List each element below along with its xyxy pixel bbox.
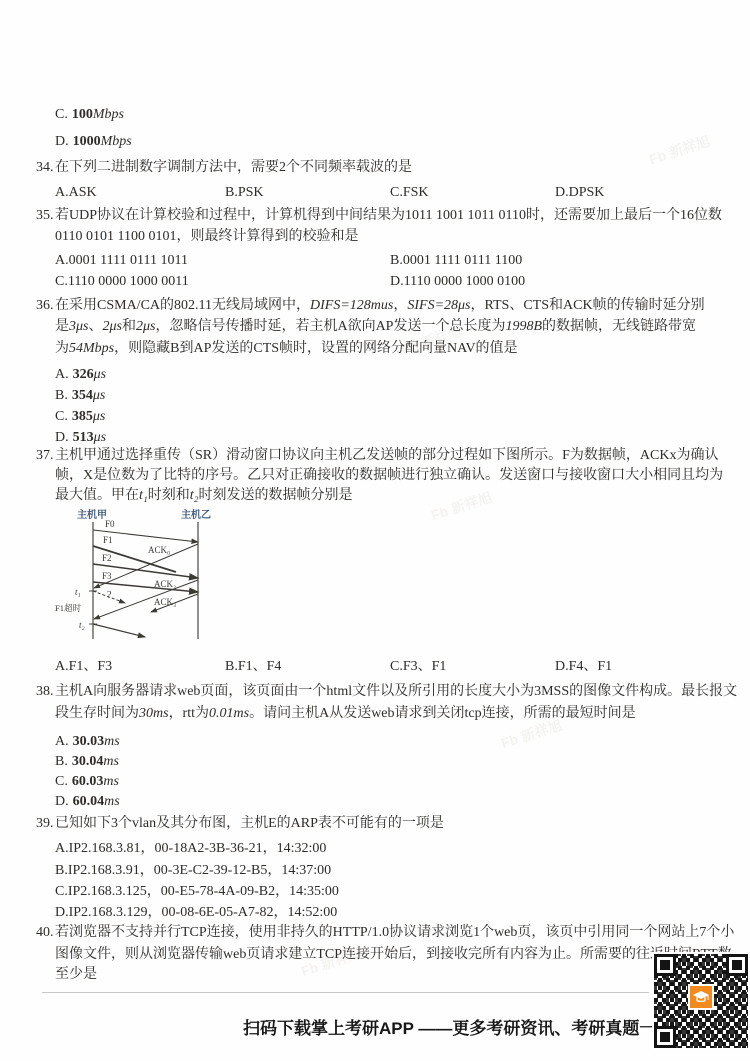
graduation-cap-icon bbox=[688, 984, 714, 1010]
question-number: 38. bbox=[36, 681, 54, 702]
option-unit: ms bbox=[103, 774, 119, 789]
lost-frame-question-mark: ? bbox=[107, 590, 112, 601]
q34-stem: 在下列二进制数字调制方法中，需要2个不同频率载波的是 bbox=[55, 157, 412, 178]
watermark: Fb 新祥旭 bbox=[428, 487, 494, 525]
f1-timeout-label: F1超时 bbox=[55, 603, 81, 613]
footer-divider bbox=[42, 992, 649, 993]
q37-option-d: D.F4、F1 bbox=[555, 656, 612, 677]
stem-text: 为 bbox=[55, 341, 69, 356]
t2-label: t₂ bbox=[79, 620, 85, 630]
q35-option-a: A.0001 1111 0111 1011 bbox=[55, 250, 188, 271]
frame-f0-label: F0 bbox=[105, 519, 115, 529]
math-token: SIFS=28μs bbox=[407, 298, 470, 313]
option-label: B. bbox=[55, 385, 68, 406]
stem-text: 在采用CSMA/CA的802.11无线局域网中， bbox=[55, 298, 310, 313]
frame-f3-label: F3 bbox=[102, 571, 112, 581]
q39-option-a: A.IP2.168.3.81，00-18A2-3B-36-21，14:32:00 bbox=[55, 838, 326, 859]
option-value: 100 bbox=[72, 107, 93, 122]
math-token: 3μs bbox=[69, 319, 88, 334]
q38-stem-line2: 段生存时间为30ms，rtt为0.01ms。请问主机A从发送web请求到关闭tc… bbox=[55, 703, 636, 724]
q39-option-d: D.IP2.168.3.129，00-08-6E-05-A7-82，14:52:… bbox=[55, 902, 337, 923]
q34-option-c: C.FSK bbox=[390, 182, 429, 203]
t2-frame-line bbox=[93, 624, 145, 637]
q38-option-c: C.60.03ms bbox=[55, 771, 119, 792]
stem-text: 的数据帧，无线链路带宽 bbox=[542, 319, 696, 334]
option-unit: μs bbox=[93, 409, 105, 424]
frame-f1-label: F1 bbox=[103, 535, 113, 545]
q39-option-c: C.IP2.168.3.125，00-E5-78-4A-09-B2，14:35:… bbox=[55, 881, 339, 902]
option-value: 30.03 bbox=[73, 734, 105, 749]
q35-option-b: B.0001 1111 0111 1100 bbox=[390, 250, 522, 271]
math-token: t₁ bbox=[139, 488, 148, 503]
stem-text: ， bbox=[393, 298, 407, 313]
question-number: 36. bbox=[36, 295, 54, 316]
q40-stem-line3: 至少是 bbox=[55, 964, 97, 985]
math-token: 54Mbps bbox=[69, 341, 114, 356]
option-value: 513 bbox=[73, 430, 94, 445]
prev-option-d: D.1000Mbps bbox=[55, 131, 132, 152]
option-value: 30.04 bbox=[72, 754, 104, 769]
stem-text: 、 bbox=[88, 319, 102, 334]
stem-text: 。请问主机A从发送web请求到关闭tcp连接，所需的最短时间是 bbox=[249, 706, 636, 721]
stem-text: 是 bbox=[55, 319, 69, 334]
q34-option-a: A.ASK bbox=[55, 182, 97, 203]
stem-text: ，RTS、CTS和ACK帧的传输时延分别 bbox=[471, 298, 705, 313]
q36-stem-line1: 在采用CSMA/CA的802.11无线局域网中，DIFS=128mus，SIFS… bbox=[55, 295, 705, 316]
option-value: 326 bbox=[73, 367, 94, 382]
option-unit: ms bbox=[103, 754, 119, 769]
q37-option-a: A.F1、F3 bbox=[55, 656, 112, 677]
qr-finder-icon bbox=[654, 1026, 676, 1048]
sequence-diagram: 主机甲 主机乙 F0 F1 ACK₀ F2 F3 ACK₂ t₁ ? ACK₃ … bbox=[55, 506, 220, 644]
math-token: 30ms bbox=[139, 706, 169, 721]
stem-text: 时刻发送的数据帧分别是 bbox=[199, 488, 353, 503]
option-unit: Mbps bbox=[93, 107, 124, 122]
option-label: C. bbox=[55, 406, 68, 427]
q38-option-d: D.60.04ms bbox=[55, 791, 120, 812]
q39-option-b: B.IP2.168.3.91，00-3E-C2-39-12-B5，14:37:0… bbox=[55, 860, 331, 881]
math-token: 2μs bbox=[136, 319, 155, 334]
prev-option-c: C.100Mbps bbox=[55, 104, 124, 125]
option-unit: ms bbox=[104, 734, 120, 749]
ack3-label: ACK₃ bbox=[154, 597, 176, 607]
stem-text: 最大值。甲在 bbox=[55, 488, 139, 503]
option-value: 354 bbox=[72, 388, 93, 403]
question-number: 40. bbox=[36, 922, 54, 943]
footer-banner: 扫码下载掌上考研APP ——更多考研资讯、考研真题一键获取 bbox=[243, 1016, 707, 1042]
option-value: 385 bbox=[72, 409, 93, 424]
q36-stem-line2: 是3μs、2μs和2μs，忽略信号传播时延，若主机A欲向AP发送一个总长度为19… bbox=[55, 316, 696, 337]
exam-page: Fb 新祥旭 Fb 新祥旭 Fb 新祥旭 Fb 新祥旭 Fb 新祥旭 C.100… bbox=[0, 0, 750, 1061]
math-token: 0.01ms bbox=[209, 706, 249, 721]
stem-text: ，忽略信号传播时延，若主机A欲向AP发送一个总长度为 bbox=[155, 319, 505, 334]
option-unit: μs bbox=[93, 388, 105, 403]
option-value: 1000 bbox=[73, 134, 101, 149]
q40-stem-line2: 图像文件，则从浏览器传输web页请求建立TCP连接开始后，到接收完所有内容为止。… bbox=[55, 944, 732, 965]
option-unit: Mbps bbox=[101, 134, 132, 149]
stem-text: 和 bbox=[122, 319, 136, 334]
q37-stem-line1: 主机甲通过选择重传（SR）滑动窗口协议向主机乙发送帧的部分过程如下图所示。F为数… bbox=[55, 445, 718, 466]
question-number: 39. bbox=[36, 813, 54, 834]
option-unit: μs bbox=[94, 430, 106, 445]
q37-option-c: C.F3、F1 bbox=[390, 656, 446, 677]
option-label: D. bbox=[55, 791, 69, 812]
host-a-label: 主机甲 bbox=[77, 508, 107, 521]
q37-option-b: B.F1、F4 bbox=[225, 656, 281, 677]
q35-stem-line1: 若UDP协议在计算校验和过程中，计算机得到中间结果为1011 1001 1011… bbox=[55, 205, 722, 226]
math-token: t₂ bbox=[190, 488, 199, 503]
option-value: 60.04 bbox=[73, 794, 105, 809]
question-number: 37. bbox=[36, 445, 54, 466]
stem-text: 时刻和 bbox=[148, 488, 190, 503]
option-label: A. bbox=[55, 731, 69, 752]
q36-stem-line3: 为54Mbps，则隐藏B到AP发送的CTS帧时，设置的网络分配向量NAV的值是 bbox=[55, 338, 518, 359]
option-label: C. bbox=[55, 104, 68, 125]
option-unit: ms bbox=[104, 794, 120, 809]
q34-option-b: B.PSK bbox=[225, 182, 264, 203]
math-token: 1998B bbox=[505, 319, 542, 334]
option-unit: μs bbox=[94, 367, 106, 382]
q36-option-c: C.385μs bbox=[55, 406, 105, 427]
q35-option-c: C.1110 0000 1000 0011 bbox=[55, 271, 189, 292]
math-token: 2μs bbox=[102, 319, 121, 334]
q37-stem-line3: 最大值。甲在t₁时刻和t₂时刻发送的数据帧分别是 bbox=[55, 485, 353, 506]
option-value: 60.03 bbox=[72, 774, 104, 789]
watermark: Fb 新祥旭 bbox=[646, 131, 712, 169]
q36-option-b: B.354μs bbox=[55, 385, 105, 406]
qr-code bbox=[652, 952, 750, 1050]
ack0-label: ACK₀ bbox=[148, 545, 170, 555]
q37-stem-line2: 帧，X是位数为了比特的序号。乙只对正确接收的数据帧进行独立确认。发送窗口与接收窗… bbox=[55, 465, 723, 486]
host-b-label: 主机乙 bbox=[181, 508, 211, 521]
option-label: A. bbox=[55, 364, 69, 385]
qr-finder-icon bbox=[726, 954, 748, 976]
option-label: D. bbox=[55, 131, 69, 152]
q35-option-d: D.1110 0000 1000 0100 bbox=[390, 271, 525, 292]
option-label: C. bbox=[55, 771, 68, 792]
q35-stem-line2: 0110 0101 1100 0101，则最终计算得到的校验和是 bbox=[55, 226, 358, 247]
q38-stem-line1: 主机A向服务器请求web页面，该页面由一个html文件以及所引用的长度大小为3M… bbox=[55, 681, 737, 702]
ack2-label: ACK₂ bbox=[154, 579, 176, 589]
stem-text: ，则隐藏B到AP发送的CTS帧时，设置的网络分配向量NAV的值是 bbox=[114, 341, 517, 356]
qr-finder-icon bbox=[654, 954, 676, 976]
q40-stem-line1: 若浏览器不支持并行TCP连接，使用非持久的HTTP/1.0协议请求浏览1个web… bbox=[55, 922, 734, 943]
q34-option-d: D.DPSK bbox=[555, 182, 604, 203]
frame-f2-label: F2 bbox=[102, 553, 112, 563]
q38-option-b: B.30.04ms bbox=[55, 751, 119, 772]
math-token: DIFS=128mus bbox=[310, 298, 393, 313]
option-label: B. bbox=[55, 751, 68, 772]
q36-option-a: A.326μs bbox=[55, 364, 106, 385]
question-number: 35. bbox=[36, 205, 54, 226]
q38-option-a: A.30.03ms bbox=[55, 731, 120, 752]
question-number: 34. bbox=[36, 157, 54, 178]
stem-text: 段生存时间为 bbox=[55, 706, 139, 721]
t1-label: t₁ bbox=[75, 587, 81, 597]
stem-text: ，rtt为 bbox=[169, 706, 209, 721]
q39-stem: 已知如下3个vlan及其分布图，主机E的ARP表不可能有的一项是 bbox=[55, 813, 444, 834]
